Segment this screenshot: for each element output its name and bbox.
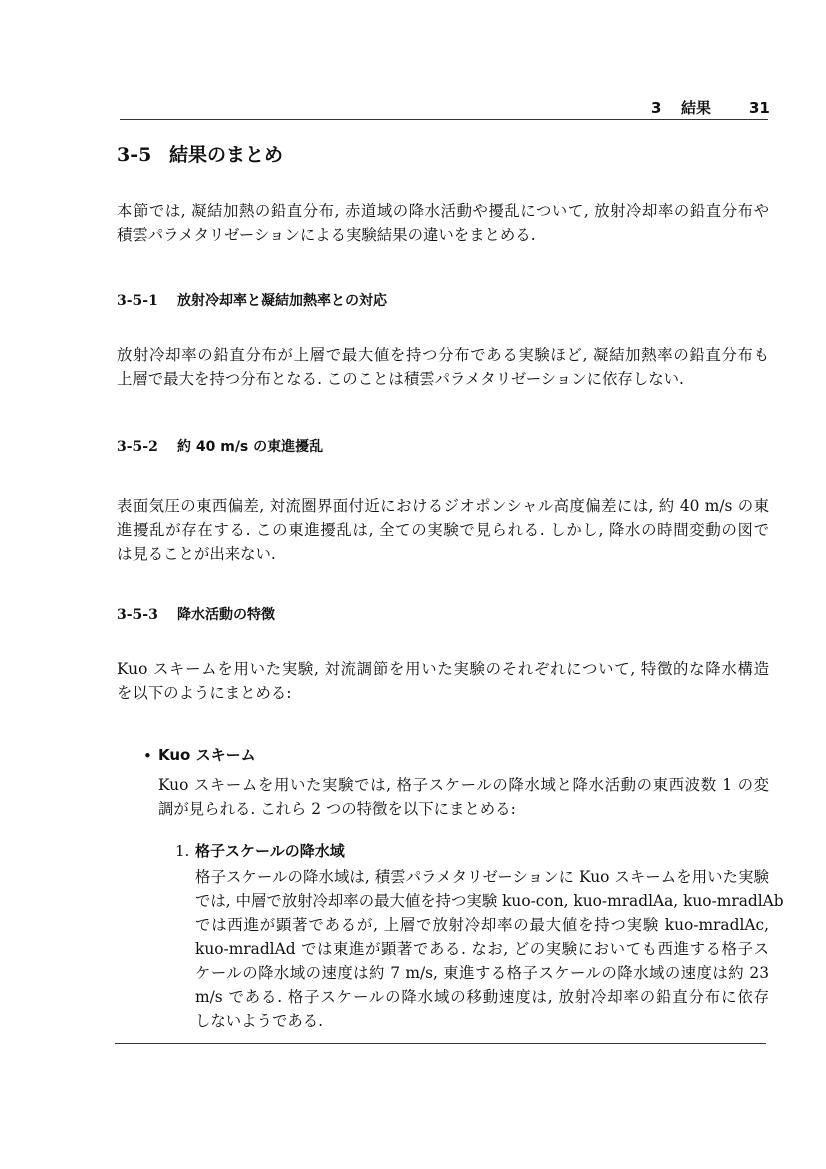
bullet-icon: • xyxy=(143,746,152,766)
subsection-number: 3-5-3 xyxy=(117,605,177,625)
header-rule xyxy=(120,119,768,120)
section-number: 3-5 xyxy=(117,143,169,167)
subsection-paragraph-3-5-2: 表面気圧の東西偏差, 対流圏界面付近におけるジオポンシャル高度偏差には, 約 4… xyxy=(117,494,769,566)
subsection-heading-3-5-2: 3-5-2約 40 m/s の東進擾乱 xyxy=(117,437,323,457)
running-head-chapter-number: 3 xyxy=(651,99,661,117)
paragraph-line: Kuo スキームを用いた実験, 対流調節を用いた実験のそれぞれについて, 特徴的… xyxy=(117,657,769,681)
running-head-chapter-title: 結果 xyxy=(681,99,711,117)
subsection-title: 約 40 m/s の東進擾乱 xyxy=(177,439,323,455)
paragraph-line: しないようである. xyxy=(195,1009,769,1033)
page-number: 31 xyxy=(749,99,770,117)
subsection-title: 放射冷却率と凝結加熱率との対応 xyxy=(177,293,387,309)
subsection-title: 降水活動の特徴 xyxy=(177,607,275,623)
enumerated-item-title: 格子スケールの降水域 xyxy=(195,840,345,862)
subsection-number: 3-5-1 xyxy=(117,291,177,311)
subsection-paragraph-3-5-1: 放射冷却率の鉛直分布が上層で最大値を持つ分布である実験ほど, 凝結加熱率の鉛直分… xyxy=(117,343,769,391)
paragraph-line: kuo-mradlAd では東進が顕著である. なお, どの実験においても西進す… xyxy=(195,937,769,961)
section-title: 結果のまとめ xyxy=(169,144,283,166)
paragraph-line: 本節では, 凝結加熱の鉛直分布, 赤道域の降水活動や擾乱について, 放射冷却率の… xyxy=(117,199,769,223)
subsection-heading-3-5-3: 3-5-3降水活動の特徴 xyxy=(117,605,275,625)
paragraph-line: 放射冷却率の鉛直分布が上層で最大値を持つ分布である実験ほど, 凝結加熱率の鉛直分… xyxy=(117,343,769,367)
paragraph-line: 進擾乱が存在する. この東進擾乱は, 全ての実験で見られる. しかし, 降水の時… xyxy=(117,518,769,542)
paragraph-line: 格子スケールの降水域は, 積雲パラメタリゼーションに Kuo スキームを用いた実… xyxy=(195,865,769,889)
paragraph-line: m/s である. 格子スケールの降水域の移動速度は, 放射冷却率の鉛直分布に依存 xyxy=(195,985,769,1009)
subsection-number: 3-5-2 xyxy=(117,437,177,457)
bullet-item-title: Kuo スキーム xyxy=(158,744,256,766)
paragraph-line: 調が見られる. これら 2 つの特徴を以下にまとめる: xyxy=(158,797,769,821)
paragraph-line: では, 中層で放射冷却率の最大値を持つ実験 kuo-con, kuo-mradl… xyxy=(195,889,769,913)
intro-paragraph: 本節では, 凝結加熱の鉛直分布, 赤道域の降水活動や擾乱について, 放射冷却率の… xyxy=(117,199,769,247)
paragraph-line: 表面気圧の東西偏差, 対流圏界面付近におけるジオポンシャル高度偏差には, 約 4… xyxy=(117,494,769,518)
paragraph-line: ケールの降水域の速度は約 7 m/s, 東進する格子スケールの降水域の速度は約 … xyxy=(195,961,769,985)
paragraph-line: では西進が顕著であるが, 上層で放射冷却率の最大値を持つ実験 kuo-mradl… xyxy=(195,913,769,937)
paragraph-line: 積雲パラメタリゼーションによる実験結果の違いをまとめる. xyxy=(117,223,769,247)
section-heading: 3-5結果のまとめ xyxy=(117,143,283,167)
paragraph-line: は見ることが出来ない. xyxy=(117,542,769,566)
enumerated-item-paragraph: 格子スケールの降水域は, 積雲パラメタリゼーションに Kuo スキームを用いた実… xyxy=(195,865,769,1033)
footer-rule xyxy=(115,1043,766,1044)
subsection-paragraph-3-5-3: Kuo スキームを用いた実験, 対流調節を用いた実験のそれぞれについて, 特徴的… xyxy=(117,657,769,705)
bullet-item-paragraph: Kuo スキームを用いた実験では, 格子スケールの降水域と降水活動の東西波数 1… xyxy=(158,773,769,821)
subsection-heading-3-5-1: 3-5-1放射冷却率と凝結加熱率との対応 xyxy=(117,291,387,311)
paragraph-line: を以下のようにまとめる: xyxy=(117,681,769,705)
enumerated-item-number: 1. xyxy=(175,840,189,862)
paragraph-line: 上層で最大を持つ分布となる. このことは積雲パラメタリゼーションに依存しない. xyxy=(117,367,769,391)
paragraph-line: Kuo スキームを用いた実験では, 格子スケールの降水域と降水活動の東西波数 1… xyxy=(158,773,769,797)
